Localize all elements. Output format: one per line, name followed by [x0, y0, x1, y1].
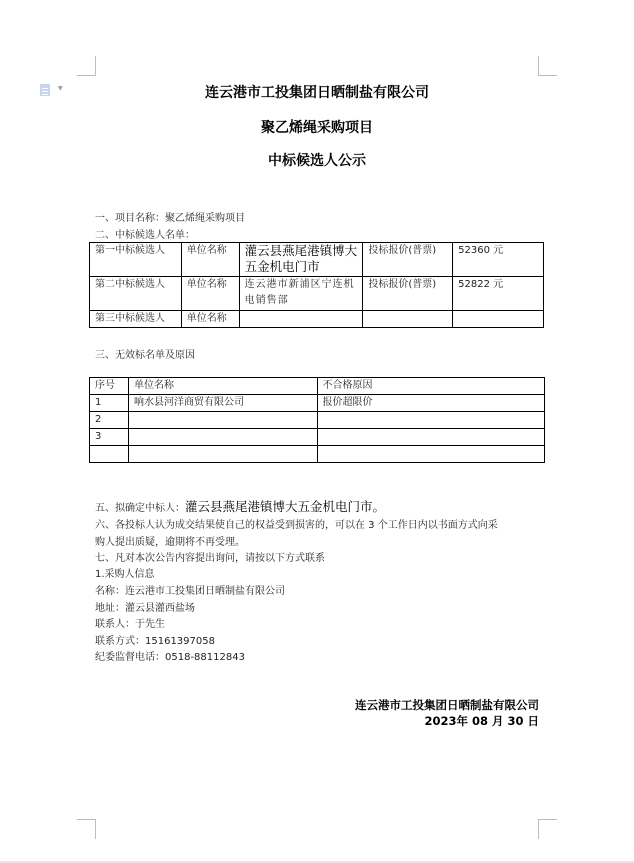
company-title: 连云港市工投集团日晒制盐有限公司: [0, 82, 634, 102]
cell-name: [128, 412, 317, 429]
section-5-prefix: 五、拟确定中标人：: [95, 503, 185, 514]
table-row: 第三中标候选人 单位名称: [90, 311, 544, 328]
candidates-table: 第一中标候选人 单位名称 灌云县燕尾港镇博大五金机电门市 投标报价(普票) 52…: [89, 242, 544, 328]
table-row: 1 响水县河洋商贸有限公司 报价超限价: [90, 395, 545, 412]
buyer-info-title: 1.采购人信息: [95, 565, 155, 580]
signature-date: 2023年 08 月 30 日: [424, 713, 539, 729]
margin-mark-bottom-right-h: [538, 819, 557, 820]
section-6-line-2: 购人提出质疑，逾期将不再受理。: [95, 533, 245, 548]
cell-name: [128, 446, 317, 463]
candidate-label: 单位名称: [181, 311, 239, 328]
section-5: 五、拟确定中标人：灌云县燕尾港镇博大五金机电门市。: [95, 497, 385, 515]
cell-index: [90, 446, 129, 463]
cell-index: 2: [90, 412, 129, 429]
candidate-price: 52822 元: [453, 277, 544, 311]
candidate-label: 单位名称: [181, 277, 239, 311]
cell-index: 3: [90, 429, 129, 446]
buyer-phone: 联系方式：15161397058: [95, 632, 215, 647]
section-6-line-1: 六、各投标人认为成交结果使自己的权益受到损害的，可以在 3 个工作日内以书面方式…: [95, 516, 498, 531]
invalid-bids-table: 序号 单位名称 不合格原因 1 响水县河洋商贸有限公司 报价超限价 2 3: [89, 377, 545, 463]
margin-mark-bottom-left-h: [77, 819, 96, 820]
candidate-price-label: 投标报价(普票): [363, 277, 453, 311]
cell-reason: [317, 446, 544, 463]
section-2: 二、中标候选人名单：: [95, 226, 195, 241]
candidate-name: 灌云县燕尾港镇博大五金机电门市: [239, 243, 363, 277]
section-1: 一、项目名称：聚乙烯绳采购项目: [95, 209, 245, 224]
section-3: 三、无效标名单及原因: [95, 346, 195, 361]
margin-mark-top-left-h: [77, 75, 96, 76]
column-header-reason: 不合格原因: [317, 378, 544, 395]
notice-title: 中标候选人公示: [0, 150, 634, 170]
candidate-rank: 第一中标候选人: [90, 243, 182, 277]
candidate-name: 连云港市新浦区宁连机电销售部: [239, 277, 363, 311]
column-header-index: 序号: [90, 378, 129, 395]
margin-mark-top-right-v: [538, 56, 539, 76]
signature-company: 连云港市工投集团日晒制盐有限公司: [355, 697, 539, 713]
candidate-rank: 第三中标候选人: [90, 311, 182, 328]
margin-mark-top-right-h: [538, 75, 557, 76]
cell-reason: 报价超限价: [317, 395, 544, 412]
buyer-address: 地址：灌云县灌西盐场: [95, 599, 195, 614]
table-row: 2: [90, 412, 545, 429]
candidate-rank: 第二中标候选人: [90, 277, 182, 311]
cell-name: [128, 429, 317, 446]
supervision-phone: 纪委监督电话：0518-88112843: [95, 648, 245, 663]
margin-mark-bottom-right-v: [538, 819, 539, 839]
candidate-name: [239, 311, 363, 328]
cell-index: 1: [90, 395, 129, 412]
cell-name: 响水县河洋商贸有限公司: [128, 395, 317, 412]
margin-mark-bottom-left-v: [95, 819, 96, 839]
section-7: 七、凡对本次公告内容提出询问，请按以下方式联系: [95, 549, 325, 564]
candidate-price-label: [363, 311, 453, 328]
table-row: 第二中标候选人 单位名称 连云港市新浦区宁连机电销售部 投标报价(普票) 528…: [90, 277, 544, 311]
table-row: [90, 446, 545, 463]
project-title: 聚乙烯绳采购项目: [0, 117, 634, 137]
buyer-name: 名称：连云港市工投集团日晒制盐有限公司: [95, 582, 285, 597]
cell-reason: [317, 429, 544, 446]
table-header-row: 序号 单位名称 不合格原因: [90, 378, 545, 395]
table-row: 第一中标候选人 单位名称 灌云县燕尾港镇博大五金机电门市 投标报价(普票) 52…: [90, 243, 544, 277]
candidate-label: 单位名称: [181, 243, 239, 277]
margin-mark-top-left-v: [95, 56, 96, 76]
column-header-name: 单位名称: [128, 378, 317, 395]
cell-reason: [317, 412, 544, 429]
winner-name: 灌云县燕尾港镇博大五金机电门市。: [185, 499, 385, 514]
buyer-contact: 联系人：于先生: [95, 615, 165, 630]
candidate-price-label: 投标报价(普票): [363, 243, 453, 277]
table-row: 3: [90, 429, 545, 446]
candidate-price: [453, 311, 544, 328]
candidate-price: 52360 元: [453, 243, 544, 277]
